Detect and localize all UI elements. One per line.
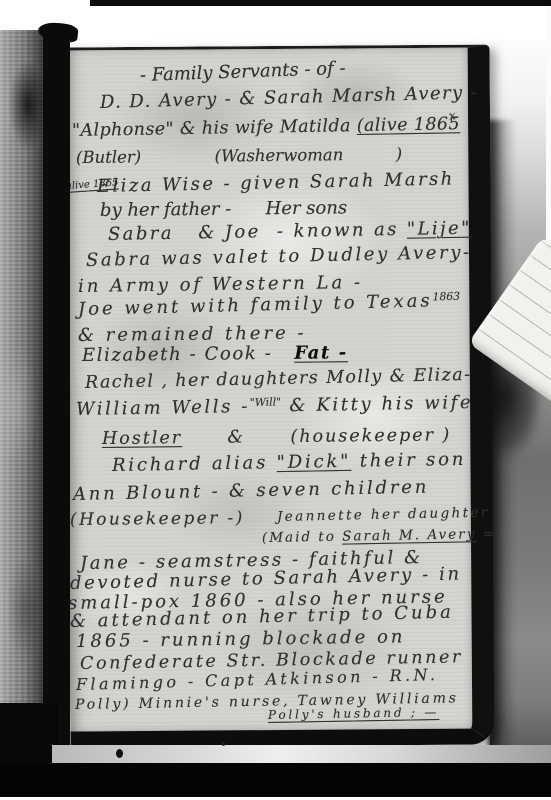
photo-top-border xyxy=(90,0,551,6)
left-binding-shadow xyxy=(43,32,70,763)
book-spine-texture xyxy=(0,30,45,712)
ink-speck xyxy=(116,749,123,758)
binding-bottom-shadow xyxy=(0,703,58,765)
handwriting-line: Elizabeth - Cook - Fat - xyxy=(82,343,348,366)
page-bottom-edge-strip xyxy=(52,745,551,763)
handwriting-line: by her father - Her sons xyxy=(100,198,347,221)
handwriting-line: (Butler) (Washerwoman ) xyxy=(76,146,402,168)
ink-speck xyxy=(222,742,225,746)
handwriting-line: (Housekeeper -) xyxy=(70,509,245,530)
photo-bottom-border xyxy=(0,763,551,797)
handwriting-line: Hostler & (housekeeper ) xyxy=(102,425,452,449)
handwriting-line: x xyxy=(448,109,457,124)
photo-of-manuscript-page: - Family Servants - of -D. D. Avery - & … xyxy=(0,0,551,800)
